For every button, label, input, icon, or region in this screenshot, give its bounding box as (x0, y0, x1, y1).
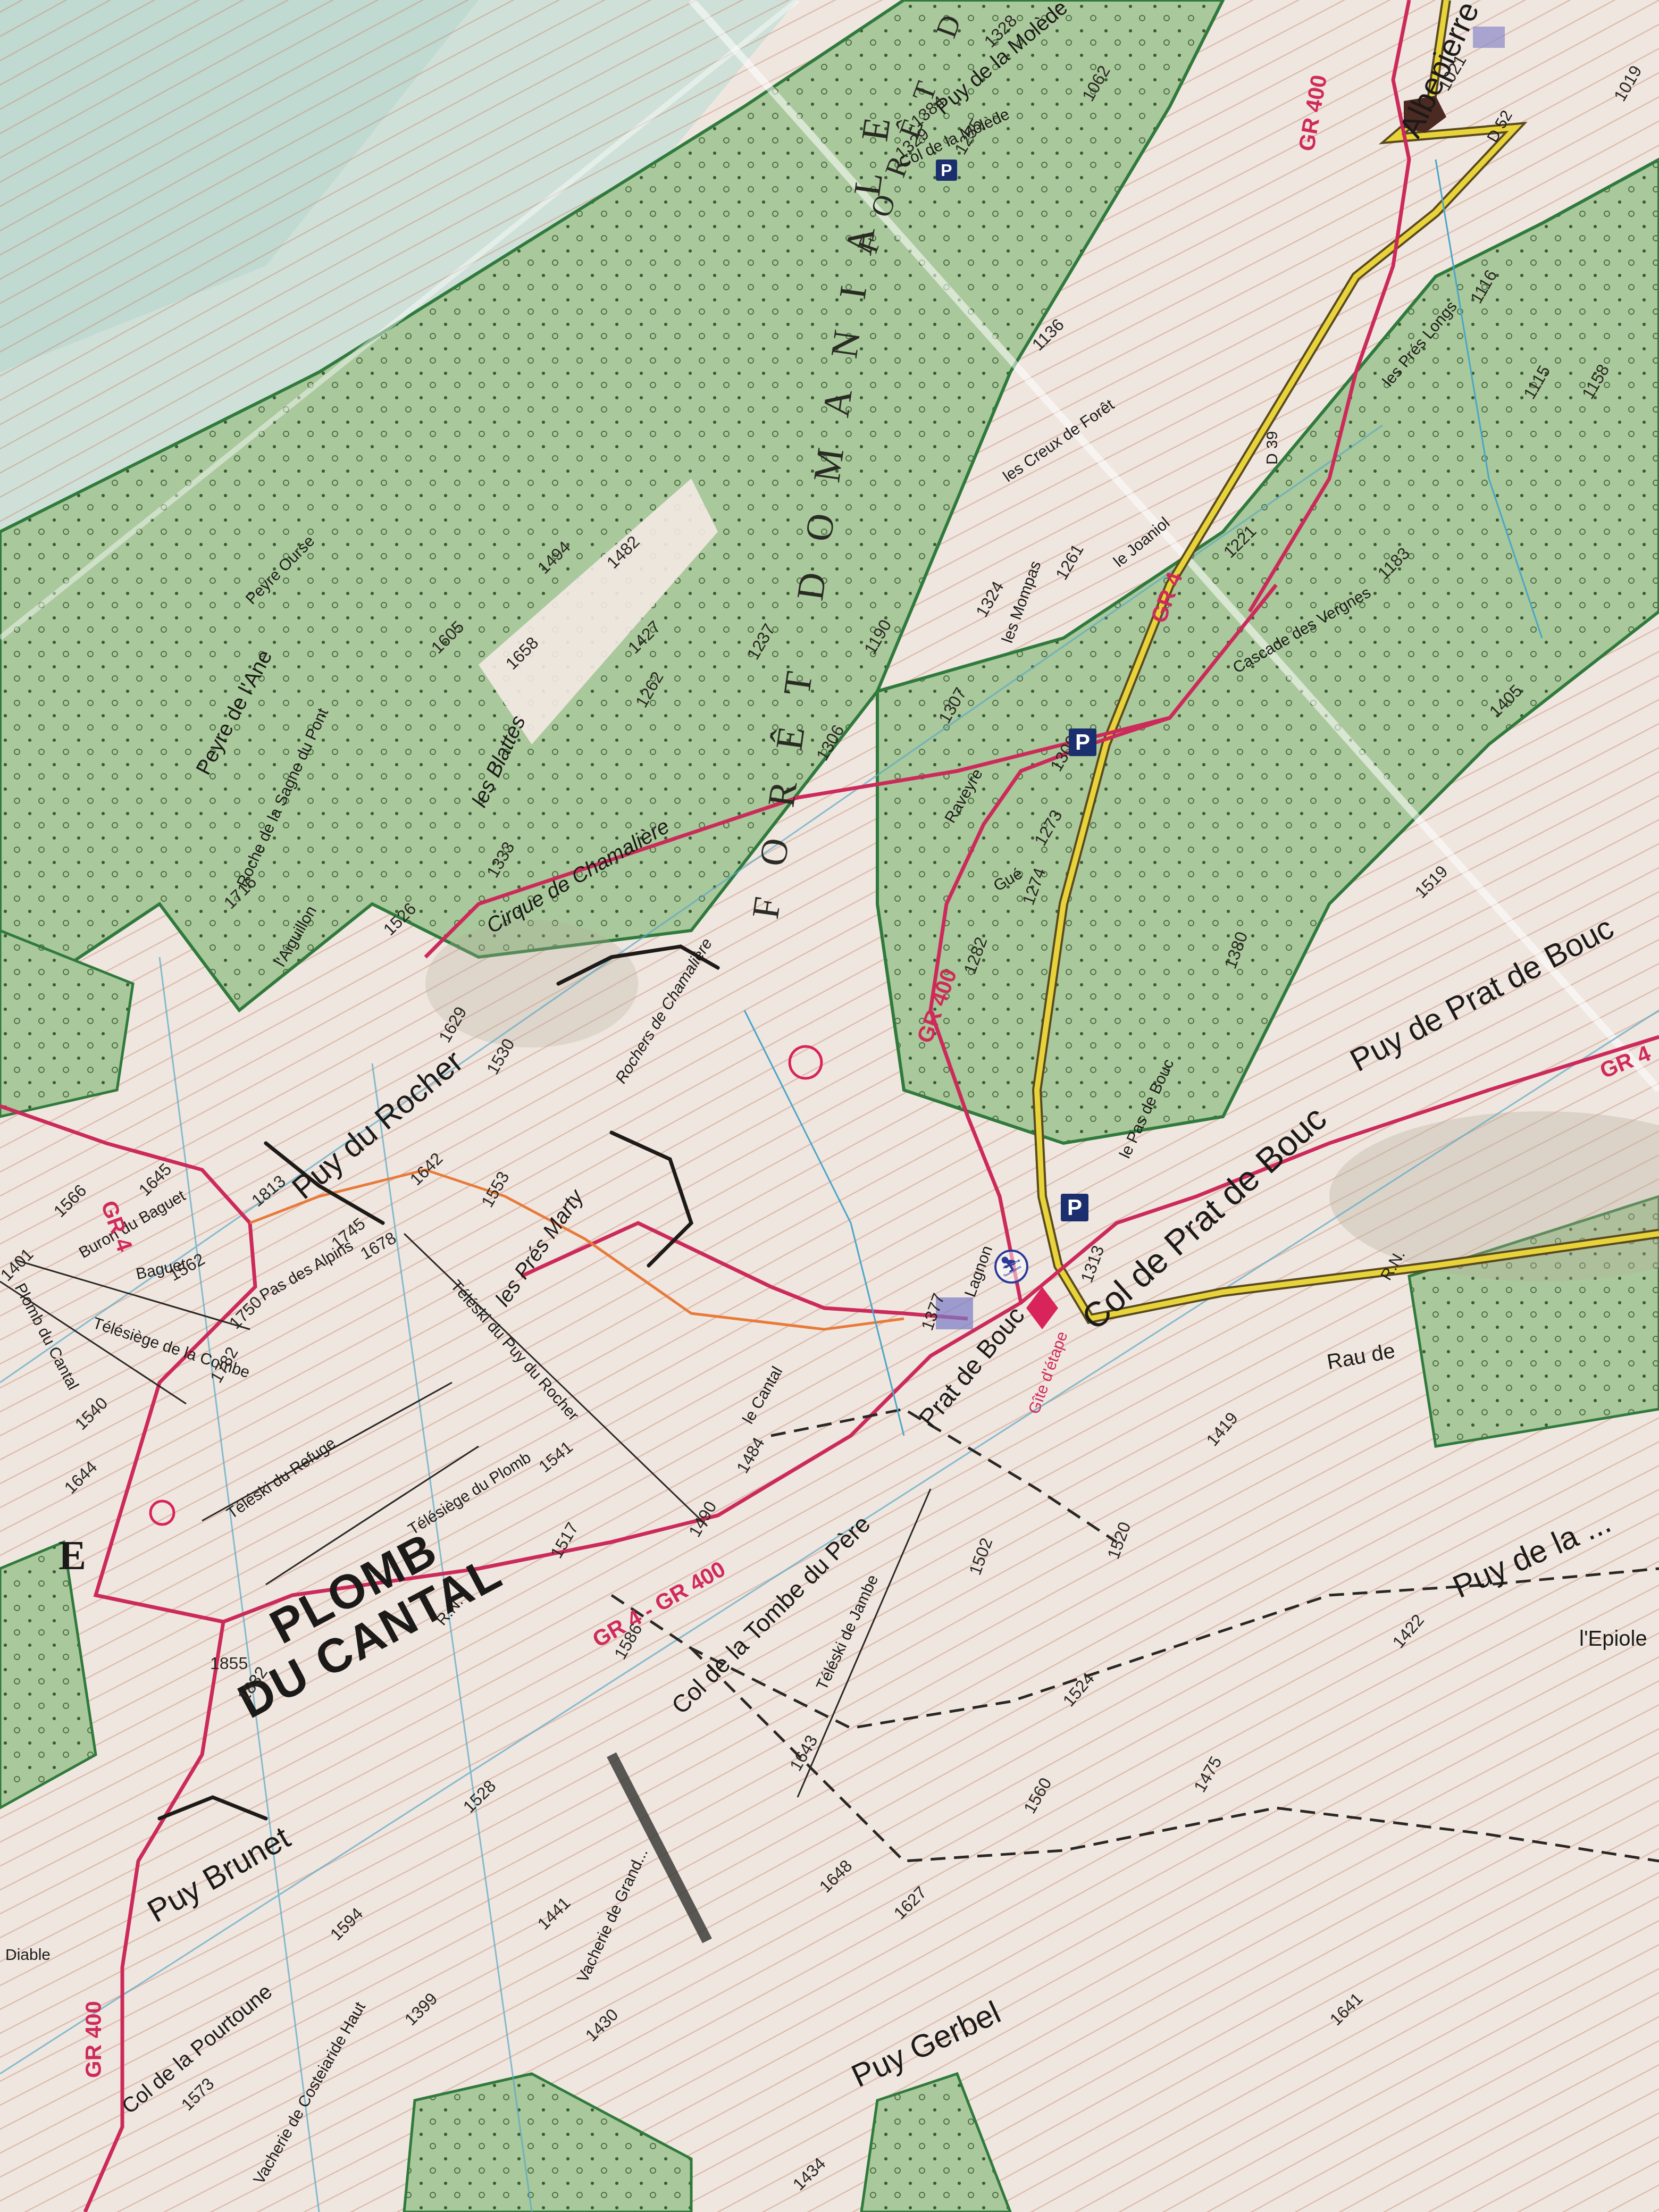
trail-label-gr400-1: GR 400 (81, 2001, 106, 2078)
place-label-lepiole: l'Epiole (1579, 1627, 1647, 1651)
road-label-d39: D 39 (1263, 431, 1281, 465)
topographic-map[interactable]: FORÊT DOMANIALE FORÊT DE MURAT PLOMB DU … (0, 0, 1659, 2212)
parking-icon[interactable]: P (1069, 728, 1096, 756)
spot-height: 1855 (210, 1654, 248, 1673)
parking-icon[interactable]: P (1061, 1194, 1088, 1221)
parking-icon[interactable]: P (936, 160, 957, 181)
ski-lift-icon[interactable]: ⛷ (994, 1250, 1028, 1284)
map-section-letter-e: E (58, 1531, 88, 1579)
place-label-diable: Diable (5, 1946, 51, 1964)
